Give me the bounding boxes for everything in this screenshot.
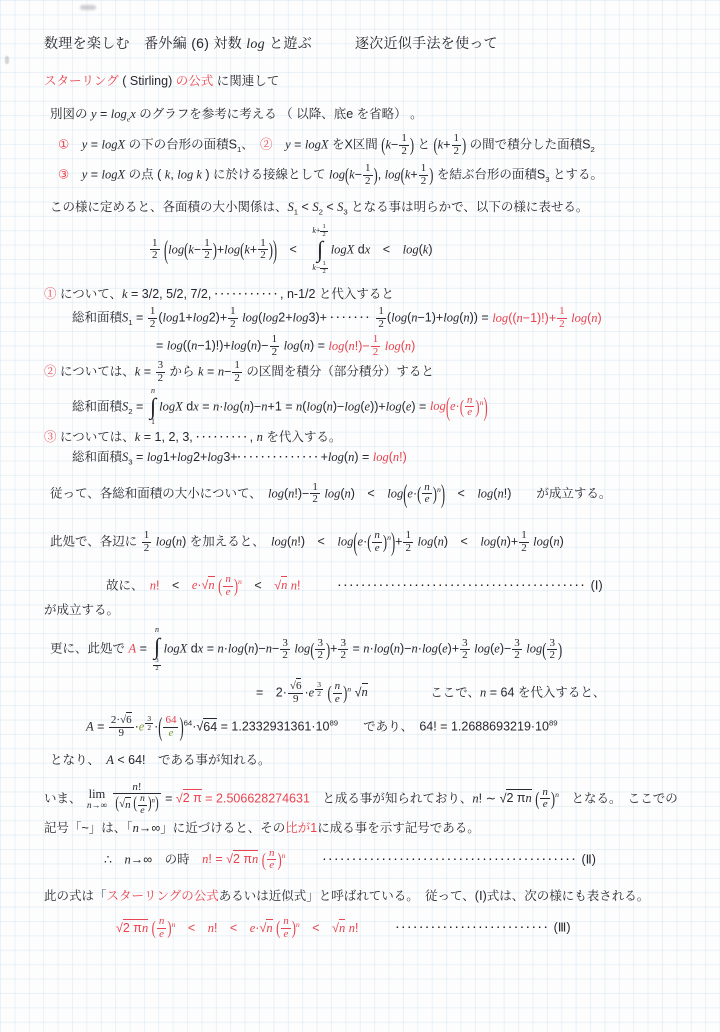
paper-smudge xyxy=(80,5,96,10)
items-1-2-definition: ① y = logX の下の台形の面積S1、 ② y = logX をX区間 (… xyxy=(44,133,704,157)
holds-note: が成立する。 xyxy=(44,602,704,618)
case1-s1-expansion: 総和面積S1 = 12(log1+log2)+12 log(log2+log3)… xyxy=(44,306,704,330)
paper-smudge-left xyxy=(5,56,9,64)
limit-sqrt2pi-line: いま、 limn→∞ n!(√n (ne)n) = √2 π = 2.50662… xyxy=(44,782,704,816)
further-A-integral: 更に、此処で A = n∫32logX dx = n·log(n)−n−32 l… xyxy=(44,626,704,672)
document-page: 数理を楽しむ 番外編 (6) 対数 log と遊ぶ 逐次近似手法を使って スター… xyxy=(0,0,720,940)
formula-II: ∴ n→∞ の時 n! = √2 πn (ne)n ··············… xyxy=(44,848,704,872)
stirling-naming-note: 此の式は「スターリングの公式あるいは近似式」と呼ばれている。 従って、(Ⅰ)式は… xyxy=(44,888,704,904)
A-less-than-64-factorial: となり、 A < 64! である事が知れる。 xyxy=(44,752,704,768)
size-relation-intro: この様に定めると、各面積の大小関係は、S1 < S2 < S3 となる事は明らか… xyxy=(44,199,704,218)
totals-inequality: 従って、各総和面積の大小について、 log(n!)−12 log(n) < lo… xyxy=(44,482,704,506)
formula-integral-inequality: 12 (log(k−12)+log(k+12)) < k+12∫k−12logX… xyxy=(44,224,704,276)
add-half-log-line: 此処で、各辺に 12 log(n) を加えると、 log(n!) < log(e… xyxy=(44,530,704,554)
intro-graph-reference: 別図の y = logex のグラフを参考に考える （ 以降、底e を省略） 。 xyxy=(44,106,704,125)
formula-I: 故に、 n! < e·√n (ne)n < √n n! ············… xyxy=(44,574,704,598)
case2-intro: ② については、k = 32 から k = n−12 の区間を積分（部分積分）す… xyxy=(44,360,704,384)
formula-III: √2 πn (ne)n < n! < e·√n (ne)n < √n n! ··… xyxy=(44,916,704,940)
doc-title: 数理を楽しむ 番外編 (6) 対数 log と遊ぶ 逐次近似手法を使って xyxy=(44,34,704,54)
case1-intro: ① について、k = 3/2, 5/2, 7/2, ···········, n… xyxy=(44,286,704,302)
A-n64-evaluation: A = 2·√69·e32·(64e)64·√64 = 1.2332931361… xyxy=(44,715,704,739)
case3-s3-sum: 総和面積S3 = log1+log2+log3+··············+l… xyxy=(44,449,704,468)
case1-s1-result: = log((n−1)!)+log(n)−12 log(n) = log(n!)… xyxy=(44,334,704,358)
item-3-definition: ③ y = logX の点 ( k, log k ) に於ける接線として log… xyxy=(44,163,704,187)
tilde-symbol-note: 記号「~」は、「n→∞」に近づけると、その比が1に成る事を示す記号である。 xyxy=(44,820,704,836)
case3-intro: ③ については、k = 1, 2, 3, ·········, n を代入する。 xyxy=(44,429,704,445)
heading-stirling-formula: スターリング ( Stirling) の公式 に関連して xyxy=(44,73,704,89)
case2-s2-integral: 総和面積S2 = n∫1logX dx = n·log(n)−n+1 = n(l… xyxy=(44,387,704,428)
A-simplified: = 2·√69·e32 (ne)n √n ここで、n = 64 を代入すると、 xyxy=(44,681,704,705)
